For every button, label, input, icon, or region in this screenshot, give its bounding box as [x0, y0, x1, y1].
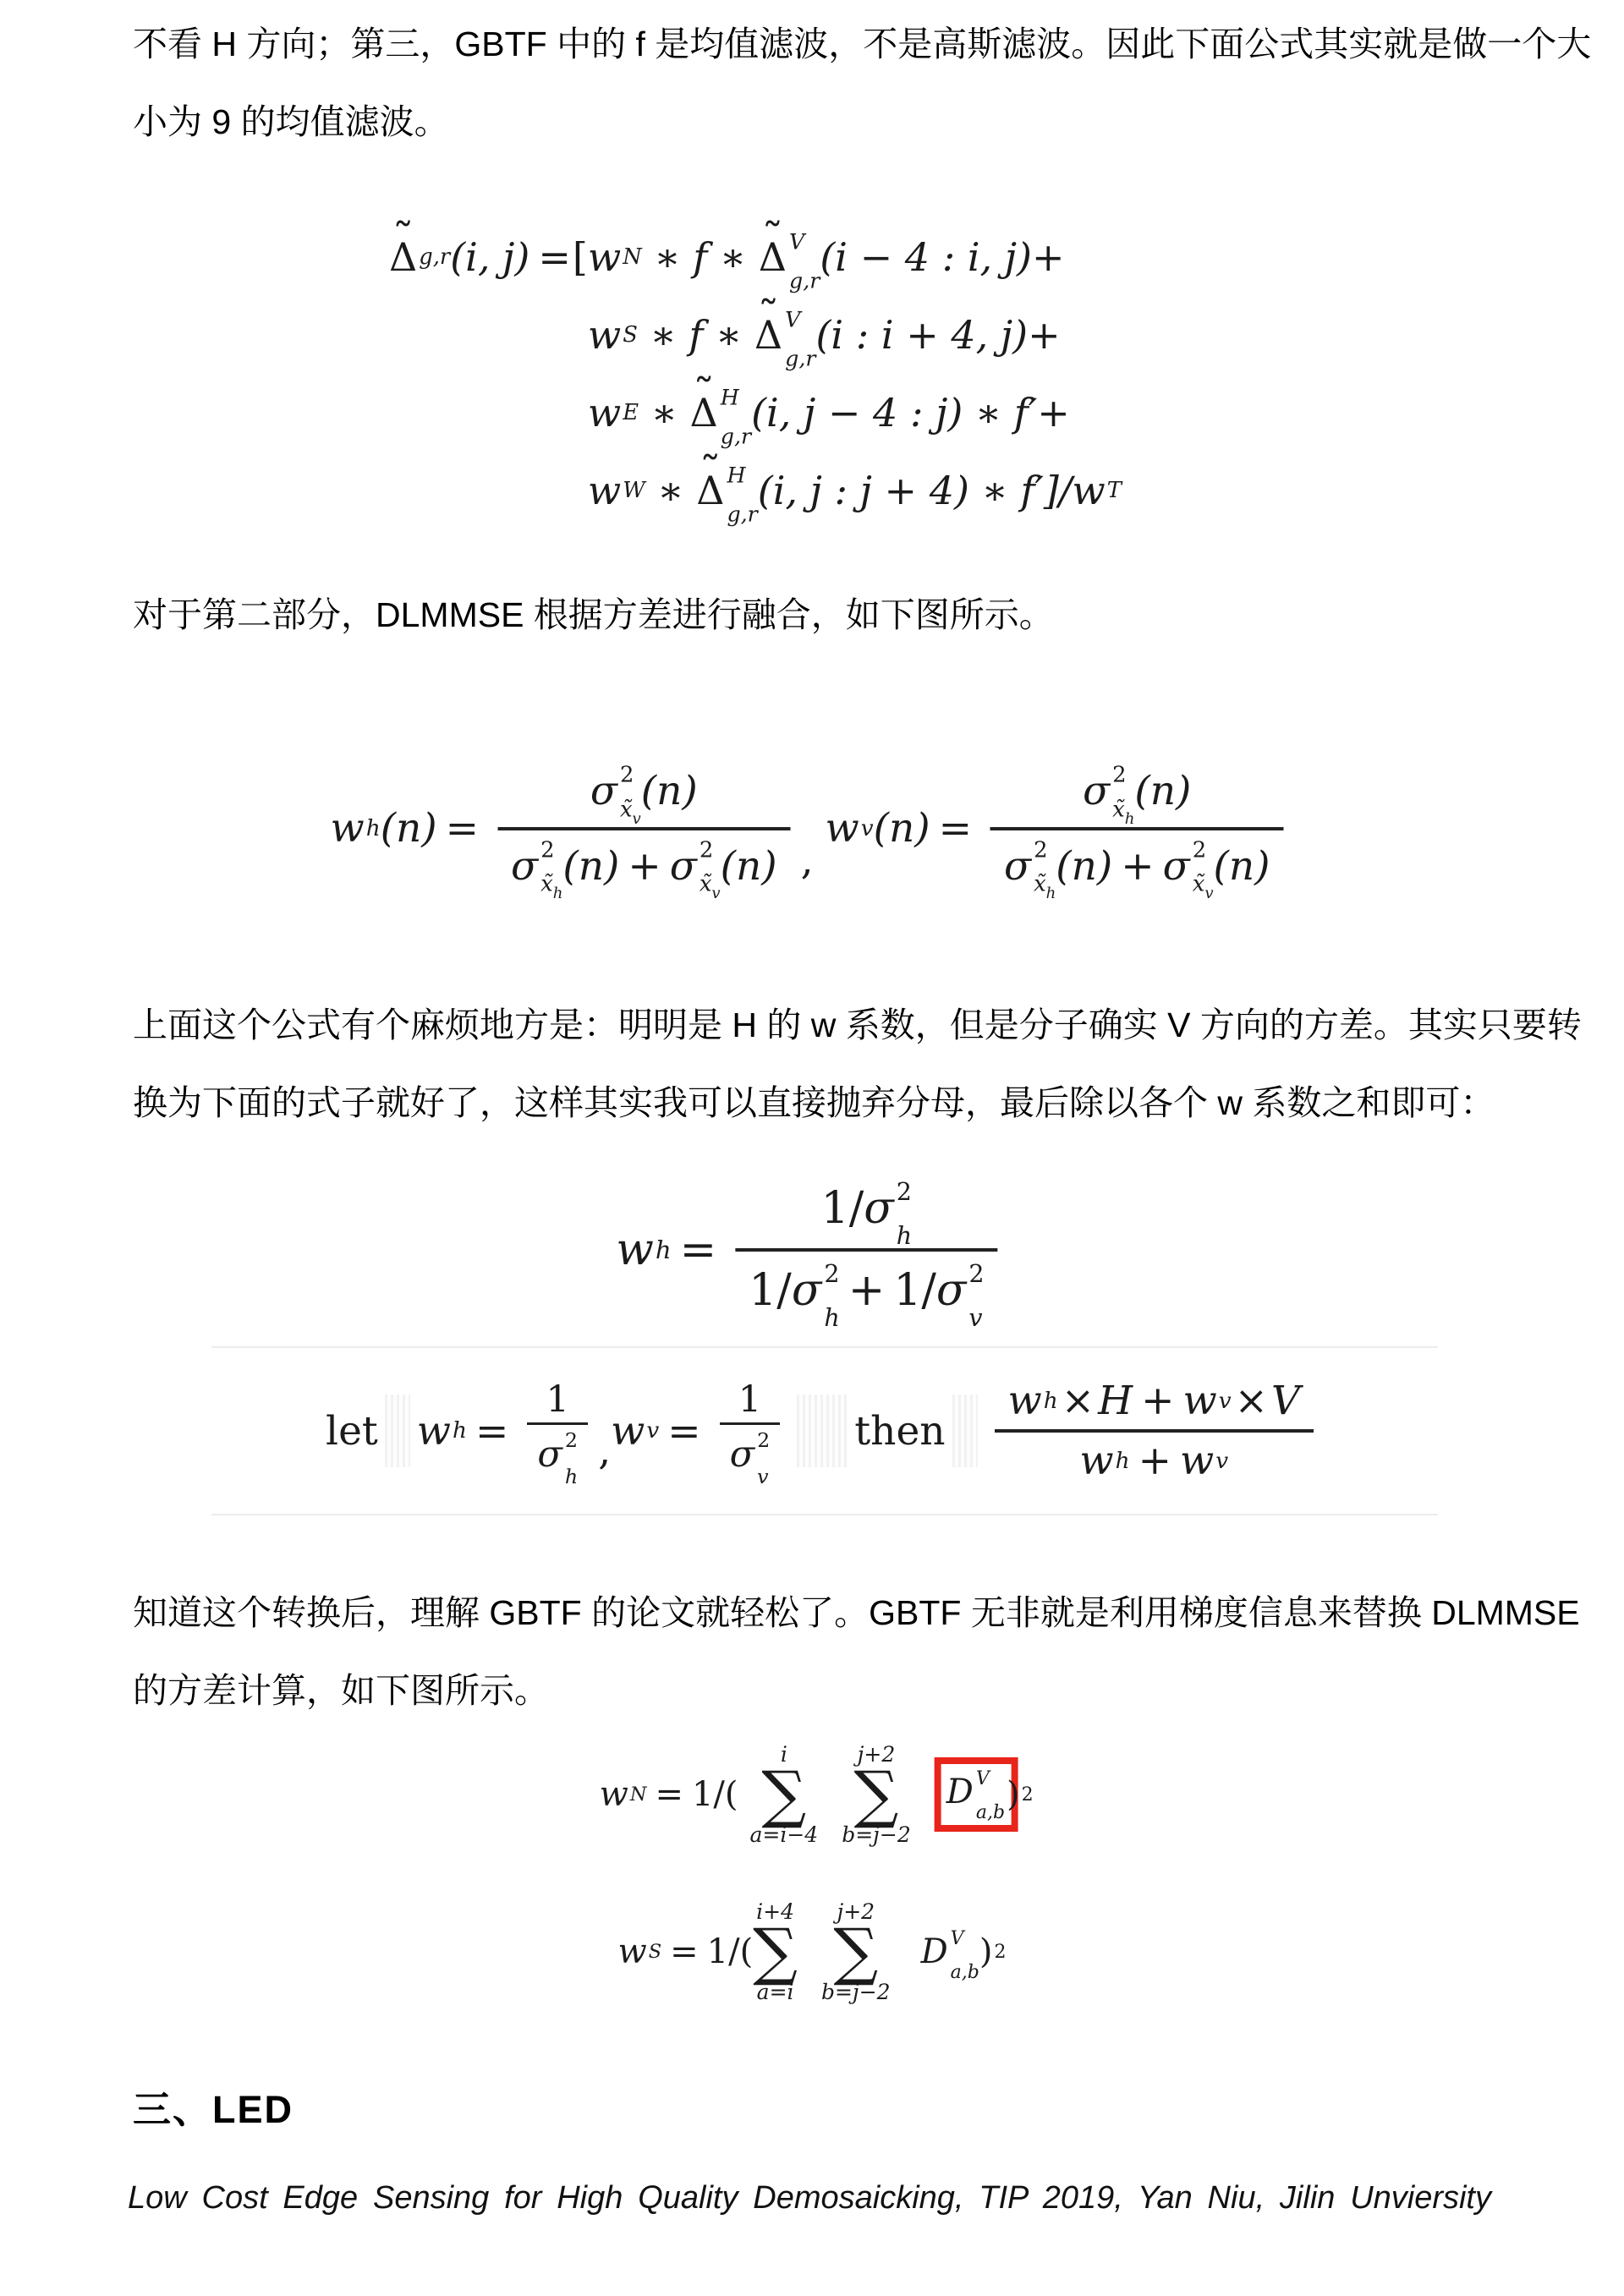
text-line: 对于第二部分，DLMMSE 根据方差进行融合，如下图所示。: [133, 576, 1054, 654]
formula-weight-fractions: wh (n) = σ2x̃v (n) σ2x̃h (n) + σ2x̃v (n)…: [331, 755, 1294, 902]
math-token: +: [1112, 843, 1162, 890]
math-token: =: [467, 1408, 517, 1455]
math-token: ): [1007, 1775, 1020, 1814]
math-token: h: [656, 1236, 672, 1264]
math-token: x̃: [1112, 797, 1125, 822]
formula-line: wE ∗ ˜Δ Hg,r (i, j − 4 : j) ∗ f′+: [588, 374, 1122, 452]
math-token: (n): [1056, 843, 1112, 890]
sup-sub-stack: Va,b: [976, 1770, 1005, 1822]
sum-lower-limit: b=j−2: [842, 1824, 911, 1845]
tilde-accent: ˜: [700, 447, 721, 497]
summation: i+4 ∑ a=i: [753, 1901, 798, 2003]
sup-sub-stack: Va,b: [951, 1930, 979, 1982]
formula-inverse-variance: wh = 1/σ2h 1/σ2h + 1/σ2v: [616, 1170, 1007, 1329]
sum-lower-limit: b=j−2: [821, 1981, 891, 2003]
sup-sub-stack: 2x̃h: [1034, 840, 1056, 901]
math-token: σ: [1004, 843, 1031, 890]
math-token: 1/(: [692, 1775, 738, 1814]
math-token: (n): [1134, 768, 1191, 814]
document-page: 不看 H 方向；第三，GBTF 中的 f 是均值滤波，不是高斯滤波。因此下面公式…: [0, 0, 1624, 2296]
text-line: 知道这个转换后，理解 GBTF 的论文就轻松了。GBTF 无非就是利用梯度信息来…: [133, 1574, 1580, 1652]
formula-lhs: ˜Δ g,r (i, j) = [: [389, 218, 588, 296]
tilde-accent: ˜: [758, 292, 779, 342]
math-token: W: [623, 478, 645, 503]
sup-sub-stack: 2h: [565, 1431, 578, 1488]
text-line: 不看 H 方向；第三，GBTF 中的 f 是均值滤波，不是高斯滤波。因此下面公式…: [133, 5, 1591, 83]
fraction: 1/σ2h 1/σ2h + 1/σ2v: [735, 1170, 997, 1329]
math-token: w: [611, 1408, 645, 1455]
math-token: V: [951, 1930, 964, 1948]
math-token: (i, j : j + 4) ∗ f′]/w: [758, 468, 1106, 513]
math-token: σ: [1163, 843, 1190, 890]
math-token: h: [1046, 885, 1056, 902]
math-token: ∗: [645, 468, 697, 513]
math-token: N: [623, 244, 642, 270]
fraction-denominator: σ2x̃h (n) + σ2x̃v (n): [990, 830, 1284, 902]
math-token: V: [789, 232, 804, 253]
math-token: v: [1204, 885, 1213, 902]
gradient-term: D Va,b: [946, 1766, 1005, 1818]
delta-tilde-symbol: ˜Δ: [389, 234, 417, 280]
math-token: 1: [546, 1378, 570, 1421]
math-token: T: [1107, 478, 1122, 503]
math-token: 2: [968, 1262, 984, 1286]
math-token: ∗ f ∗: [642, 234, 759, 280]
sum-lower-limit: a=i: [757, 1981, 794, 2003]
sup-sub-stack: 2h: [897, 1180, 912, 1248]
math-token: v: [861, 816, 874, 841]
math-token: g,r: [789, 271, 820, 292]
math-token: =: [661, 1932, 707, 1971]
tilde-accent: ˜: [762, 214, 783, 264]
math-token: (i − 4 : i, j)+: [820, 234, 1064, 280]
math-token: w: [1183, 1378, 1217, 1424]
math-token: (n): [381, 805, 437, 852]
math-token: V: [1271, 1378, 1300, 1424]
math-token: 1/: [893, 1265, 936, 1316]
math-token: w: [331, 805, 365, 852]
text-line: 上面这个公式有个麻烦地方是：明明是 H 的 w 系数，但是分子确实 V 方向的方…: [133, 986, 1582, 1064]
math-token: w: [588, 312, 621, 358]
math-token: g,r: [727, 504, 757, 525]
paragraph-intro-filter: 不看 H 方向；第三，GBTF 中的 f 是均值滤波，不是高斯滤波。因此下面公式…: [133, 5, 1591, 161]
math-token: h: [453, 1418, 467, 1444]
math-token: w: [826, 805, 859, 852]
math-token: h: [1044, 1389, 1058, 1414]
math-token: +: [1130, 1438, 1180, 1484]
fraction-denominator: wh + wv: [1066, 1433, 1242, 1489]
math-token: x̃: [620, 797, 633, 822]
sup-sub-stack: 2x̃v: [1193, 840, 1214, 901]
math-token: (i, j): [450, 234, 529, 280]
math-token: σ: [511, 843, 538, 890]
math-token: x̃: [540, 872, 553, 897]
math-token: 2: [824, 1262, 839, 1286]
fraction: 1 σ2h: [527, 1377, 588, 1485]
summation: j+2 ∑ b=j−2: [821, 1901, 891, 2003]
math-token: g,r: [721, 426, 751, 447]
math-token: 1: [738, 1378, 762, 1421]
math-token: V: [976, 1770, 990, 1789]
math-token: D: [946, 1773, 974, 1811]
math-token: h: [824, 1306, 839, 1330]
math-token: σ: [792, 1265, 822, 1316]
math-token: (i, j − 4 : j) ∗ f′+: [751, 390, 1070, 436]
math-token: w: [588, 468, 621, 513]
math-token: (i : i + 4, j)+: [815, 312, 1060, 358]
math-token: v: [711, 885, 720, 902]
placeholder-artifact: [952, 1395, 978, 1467]
sup-sub-stack: 2v: [757, 1431, 770, 1488]
formula-delta-combination: ˜Δ g,r (i, j) = [ wN ∗ f ∗ ˜Δ Vg,r (i − …: [389, 218, 1122, 529]
fraction-denominator: σ2v: [720, 1425, 781, 1485]
fraction-numerator: 1: [536, 1377, 580, 1422]
math-token: h: [1116, 1449, 1130, 1474]
math-token: 1/(: [707, 1932, 754, 1971]
formula-ws-gradient: wS = 1/( i+4 ∑ a=i j+2 ∑ b=j−2 D Va,b )2: [618, 1901, 1007, 2003]
math-token: (n): [641, 768, 698, 814]
sup-sub-stack: 2x̃v: [620, 765, 641, 827]
math-token: a,b: [976, 1804, 1005, 1822]
math-token: g,r: [419, 244, 450, 270]
summation: j+2 ∑ b=j−2: [842, 1744, 911, 1845]
math-token: let: [326, 1408, 378, 1455]
sup-sub-stack: Vg,r: [785, 310, 815, 370]
math-token: 2: [1112, 765, 1126, 787]
math-token: w: [616, 1225, 654, 1275]
sum-lower-limit: a=i−4: [749, 1824, 818, 1845]
math-token: σ: [730, 1433, 755, 1476]
text-line: 换为下面的式子就好了，这样其实我可以直接抛弃分母，最后除以各个 w 系数之和即可…: [133, 1064, 1582, 1142]
math-token: σ: [1083, 768, 1110, 814]
math-token: 2: [1022, 1784, 1034, 1806]
math-token: S: [649, 1941, 661, 1963]
math-token: ×: [1232, 1378, 1271, 1424]
math-token: H: [1098, 1378, 1133, 1424]
sup-sub-stack: 2x̃h: [540, 840, 562, 901]
sigma-sum-icon: ∑: [753, 1922, 798, 1981]
math-token: h: [897, 1224, 912, 1248]
math-token: H: [727, 465, 745, 486]
fraction-denominator: σ2h: [527, 1425, 588, 1485]
fraction: 1 σ2v: [720, 1377, 781, 1485]
paragraph-dlmmse: 对于第二部分，DLMMSE 根据方差进行融合，如下图所示。: [133, 576, 1054, 654]
delta-tilde-symbol: ˜Δ: [690, 390, 718, 436]
text-line: 小为 9 的均值滤波。: [133, 83, 1591, 161]
math-token: +: [1133, 1378, 1182, 1424]
paragraph-gbtf-gradient: 知道这个转换后，理解 GBTF 的论文就轻松了。GBTF 无非就是利用梯度信息来…: [133, 1574, 1580, 1729]
math-token: v: [1219, 1389, 1232, 1414]
math-token: 2: [757, 1431, 770, 1451]
delta-tilde-symbol: ˜Δ: [696, 468, 724, 513]
sup-sub-stack: 2x̃h: [1112, 765, 1134, 827]
math-token: σ: [936, 1265, 967, 1316]
formula-rhs-lines: wN ∗ f ∗ ˜Δ Vg,r (i − 4 : i, j)+ wS ∗ f …: [588, 218, 1122, 529]
formula-let-then: let wh = 1 σ2h , wv = 1 σ2v then wh: [326, 1373, 1324, 1489]
math-token: 2: [1193, 840, 1206, 862]
math-token: w: [417, 1408, 451, 1455]
fraction-numerator: 1: [728, 1377, 772, 1422]
math-token: v: [757, 1467, 768, 1488]
math-token: h: [1125, 809, 1135, 827]
fraction-numerator: 1/σ2h: [808, 1170, 926, 1248]
math-token: [: [573, 234, 588, 280]
formula-line: wS ∗ f ∗ ˜Δ Vg,r (i : i + 4, j)+: [588, 296, 1122, 374]
formula-let-then-band: let wh = 1 σ2h , wv = 1 σ2v then wh: [211, 1346, 1438, 1515]
math-token: 1/: [821, 1183, 864, 1234]
sup-sub-stack: Hg,r: [727, 465, 757, 525]
math-token: 2: [994, 1942, 1006, 1963]
placeholder-artifact: [797, 1395, 848, 1467]
paragraph-transform-note: 上面这个公式有个麻烦地方是：明明是 H 的 w 系数，但是分子确实 V 方向的方…: [133, 986, 1582, 1142]
fraction-denominator: 1/σ2h + 1/σ2v: [735, 1252, 997, 1330]
text-line: 的方差计算，如下图所示。: [133, 1652, 1580, 1729]
math-token: σ: [864, 1183, 894, 1234]
math-token: +: [619, 843, 669, 890]
fraction: wh × H + wv × V wh + wv: [995, 1373, 1314, 1489]
fraction-numerator: σ2x̃h (n): [1069, 755, 1204, 827]
math-token: H: [721, 387, 739, 408]
sup-sub-stack: 2x̃v: [700, 840, 721, 901]
fraction-numerator: σ2x̃v (n): [577, 755, 711, 827]
math-token: a,b: [951, 1964, 979, 1982]
math-token: 2: [565, 1431, 578, 1451]
sigma-sum-icon: ∑: [761, 1765, 806, 1824]
math-token: g,r: [785, 348, 815, 370]
math-token: w: [1008, 1378, 1042, 1424]
math-token: S: [623, 322, 638, 348]
delta-tilde-symbol: ˜Δ: [759, 234, 787, 280]
math-token: σ: [590, 768, 617, 814]
math-token: v: [1215, 1449, 1228, 1474]
math-token: (n): [874, 805, 930, 852]
delta-tilde-symbol: ˜Δ: [754, 312, 782, 358]
tilde-accent: ˜: [694, 370, 715, 419]
section-heading: 三、LED: [133, 2079, 294, 2134]
summation: i ∑ a=i−4: [749, 1744, 818, 1845]
sup-sub-stack: Hg,r: [721, 387, 751, 447]
fraction: σ2x̃v (n) σ2x̃h (n) + σ2x̃v (n): [497, 755, 791, 902]
math-token: w: [600, 1775, 628, 1814]
math-token: w: [588, 390, 621, 436]
placeholder-artifact: [385, 1395, 410, 1467]
sup-sub-stack: 2h: [824, 1262, 839, 1330]
fraction: σ2x̃h (n) σ2x̃h (n) + σ2x̃v (n): [990, 755, 1284, 902]
math-token: ): [979, 1932, 993, 1971]
math-token: w: [618, 1932, 647, 1971]
math-token: =: [930, 805, 980, 852]
math-token: x̃: [1193, 872, 1205, 897]
math-token: 2: [897, 1180, 912, 1204]
math-token: V: [785, 310, 800, 331]
sigma-sum-icon: ∑: [854, 1765, 899, 1824]
math-token: h: [565, 1467, 578, 1488]
math-token: ∗: [639, 390, 690, 436]
math-token: x̃: [1034, 872, 1046, 897]
math-token: then: [854, 1408, 945, 1455]
math-token: =: [659, 1408, 709, 1455]
math-token: =: [437, 805, 487, 852]
math-token: ×: [1058, 1378, 1098, 1424]
math-token: w: [1079, 1438, 1113, 1484]
math-token: 2: [540, 840, 554, 862]
math-token: ,: [598, 1427, 611, 1489]
paper-citation: Low Cost Edge Sensing for High Quality D…: [128, 2180, 1491, 2217]
math-token: w: [1180, 1438, 1214, 1484]
math-token: (n): [1214, 843, 1270, 890]
math-token: 1/: [749, 1265, 792, 1316]
math-token: ∗ f ∗: [638, 312, 754, 358]
math-token: (n): [562, 843, 619, 890]
math-token: +: [840, 1265, 894, 1316]
sup-sub-stack: Vg,r: [789, 232, 820, 292]
gradient-term: D Va,b: [921, 1926, 979, 1978]
math-token: x̃: [700, 872, 712, 897]
formula-wn-gradient: wN = 1/( i ∑ a=i−4 j+2 ∑ b=j−2 D Va,b )2: [600, 1744, 1034, 1845]
math-token: (n): [721, 843, 777, 890]
fraction-numerator: wh × H + wv × V: [995, 1373, 1314, 1429]
math-token: E: [623, 400, 639, 425]
math-token: w: [588, 234, 621, 280]
math-token: =: [646, 1775, 692, 1814]
sup-sub-stack: 2v: [968, 1262, 984, 1330]
math-token: σ: [670, 843, 697, 890]
math-token: h: [553, 885, 563, 902]
formula-line: wW ∗ ˜Δ Hg,r (i, j : j + 4) ∗ f′]/wT: [588, 452, 1122, 529]
math-token: =: [672, 1225, 726, 1275]
math-token: v: [646, 1418, 659, 1444]
math-token: v: [633, 809, 641, 827]
math-token: 2: [620, 765, 634, 787]
sigma-sum-icon: ∑: [833, 1922, 878, 1981]
math-token: σ: [537, 1433, 562, 1476]
math-token: 2: [700, 840, 713, 862]
math-token: ,: [801, 837, 826, 902]
math-token: h: [366, 816, 381, 841]
math-token: 2: [1034, 840, 1047, 862]
math-token: v: [968, 1306, 982, 1330]
math-token: D: [921, 1932, 948, 1971]
fraction-denominator: σ2x̃h (n) + σ2x̃v (n): [497, 830, 791, 902]
tilde-accent: ˜: [392, 214, 414, 264]
formula-line: wN ∗ f ∗ ˜Δ Vg,r (i − 4 : i, j)+: [588, 218, 1122, 296]
math-token: N: [630, 1784, 647, 1806]
